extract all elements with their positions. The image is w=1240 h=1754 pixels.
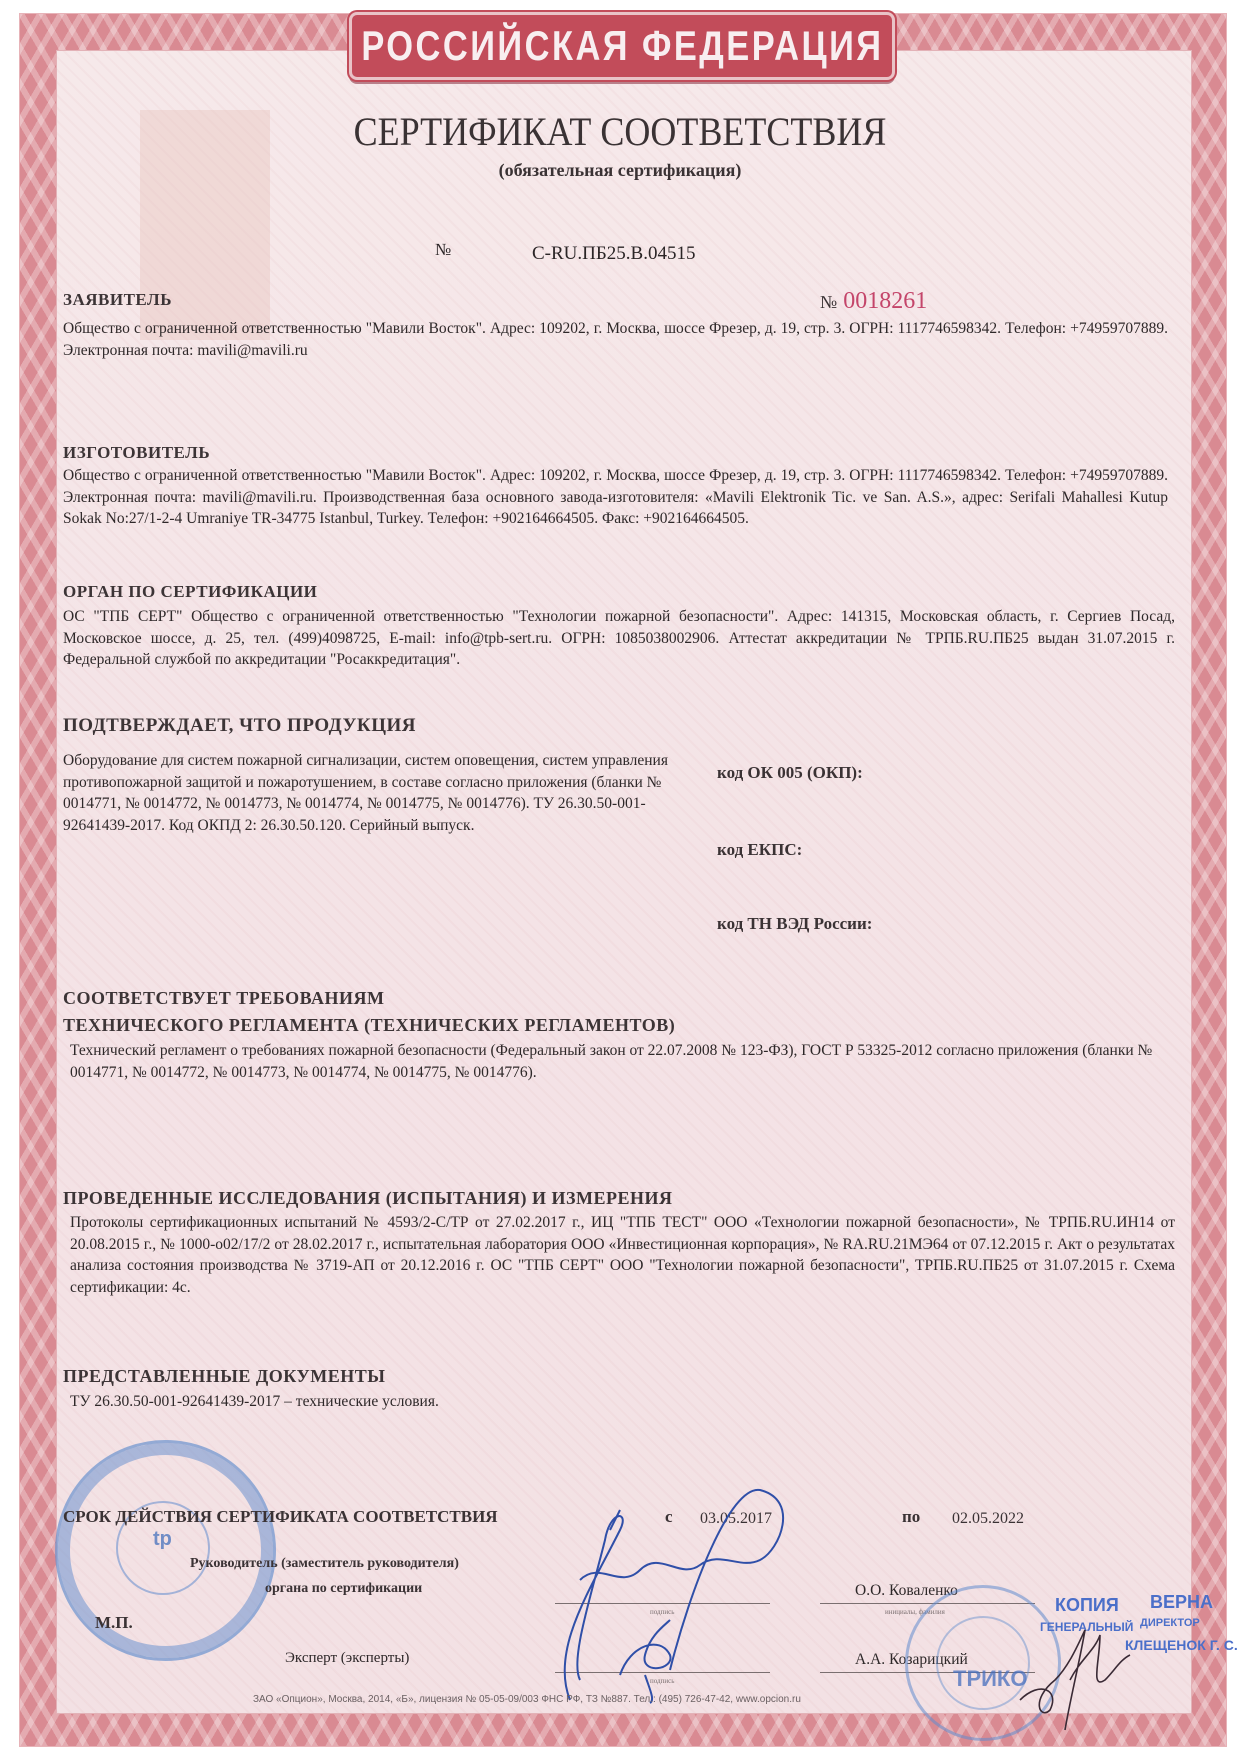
certification-body-seal: tp (55, 1440, 276, 1661)
seal-label: М.П. (95, 1613, 133, 1633)
code-okp: код ОК 005 (ОКП): (717, 763, 863, 783)
manufacturer-heading: ИЗГОТОВИТЕЛЬ (63, 443, 210, 463)
regulation-heading: ТЕХНИЧЕСКОГО РЕГЛАМЕНТА (ТЕХНИЧЕСКИХ РЕГ… (63, 1015, 675, 1036)
cert-number: C-RU.ПБ25.B.04515 (532, 243, 695, 265)
validity-to-label: по (902, 1507, 920, 1527)
validity-to-date: 02.05.2022 (952, 1510, 1024, 1528)
copy-signature-icon (1010, 1620, 1140, 1740)
cert-number-label: № (435, 240, 451, 260)
manufacturer-text: Общество с ограниченной ответственностью… (63, 465, 1168, 530)
copy-stamp-line-1a: КОПИЯ (1055, 1595, 1119, 1616)
expert-signature-icon (610, 1615, 690, 1705)
blank-number: № 0018261 (820, 288, 927, 315)
product-text: Оборудование для систем пожарной сигнали… (63, 750, 688, 836)
applicant-text: Общество с ограниченной ответственностью… (63, 318, 1168, 361)
copy-stamp-line-1b: ВЕРНА (1150, 1592, 1213, 1613)
applicant-heading: ЗАЯВИТЕЛЬ (63, 290, 172, 310)
document-subtitle: (обязательная сертификация) (0, 160, 1240, 181)
certification-body-heading: ОРГАН ПО СЕРТИФИКАЦИИ (63, 582, 317, 602)
document-title: СЕРТИФИКАТ СООТВЕТСТВИЯ (62, 108, 1178, 155)
conformity-heading: СООТВЕТСТВУЕТ ТРЕБОВАНИЯМ (63, 988, 384, 1009)
seal-mark: tp (153, 1528, 172, 1551)
code-ekps: код ЕКПС: (717, 840, 802, 860)
country-banner: РОССИЙСКАЯ ФЕДЕРАЦИЯ (349, 12, 895, 80)
head-label-2: органа по сертификации (265, 1581, 422, 1597)
code-tnved: код ТН ВЭД России: (717, 914, 872, 934)
validity-label: СРОК ДЕЙСТВИЯ СЕРТИФИКАТА СООТВЕТСТВИЯ (63, 1507, 498, 1527)
certification-body-text: ОС "ТПБ СЕРТ" Общество с ограниченной от… (63, 606, 1175, 671)
copy-stamp-line-2b: ДИРЕКТОР (1140, 1617, 1200, 1629)
expert-label: Эксперт (эксперты) (285, 1650, 409, 1667)
tests-text: Протоколы сертификационных испытаний № 4… (70, 1212, 1175, 1298)
tests-heading: ПРОВЕДЕННЫЕ ИССЛЕДОВАНИЯ (ИСПЫТАНИЯ) И И… (63, 1188, 672, 1209)
copy-stamp-line-3: КЛЕЩЕНОК Г. С. (1125, 1637, 1238, 1653)
head-label: Руководитель (заместитель руководителя) (190, 1556, 459, 1572)
documents-text: ТУ 26.30.50-001-92641439-2017 – техничес… (70, 1391, 1170, 1413)
documents-heading: ПРЕДСТАВЛЕННЫЕ ДОКУМЕНТЫ (63, 1366, 385, 1387)
blank-number-value: 0018261 (843, 288, 927, 314)
blank-number-label: № (820, 292, 837, 312)
product-heading: ПОДТВЕРЖДАЕТ, ЧТО ПРОДУКЦИЯ (63, 715, 416, 737)
conformity-text: Технический регламент о требованиях пожа… (70, 1040, 1170, 1083)
printer-imprint: ЗАО «Опцион», Москва, 2014, «Б», лицензи… (253, 1694, 801, 1705)
country-banner-text: РОССИЙСКАЯ ФЕДЕРАЦИЯ (361, 22, 883, 70)
